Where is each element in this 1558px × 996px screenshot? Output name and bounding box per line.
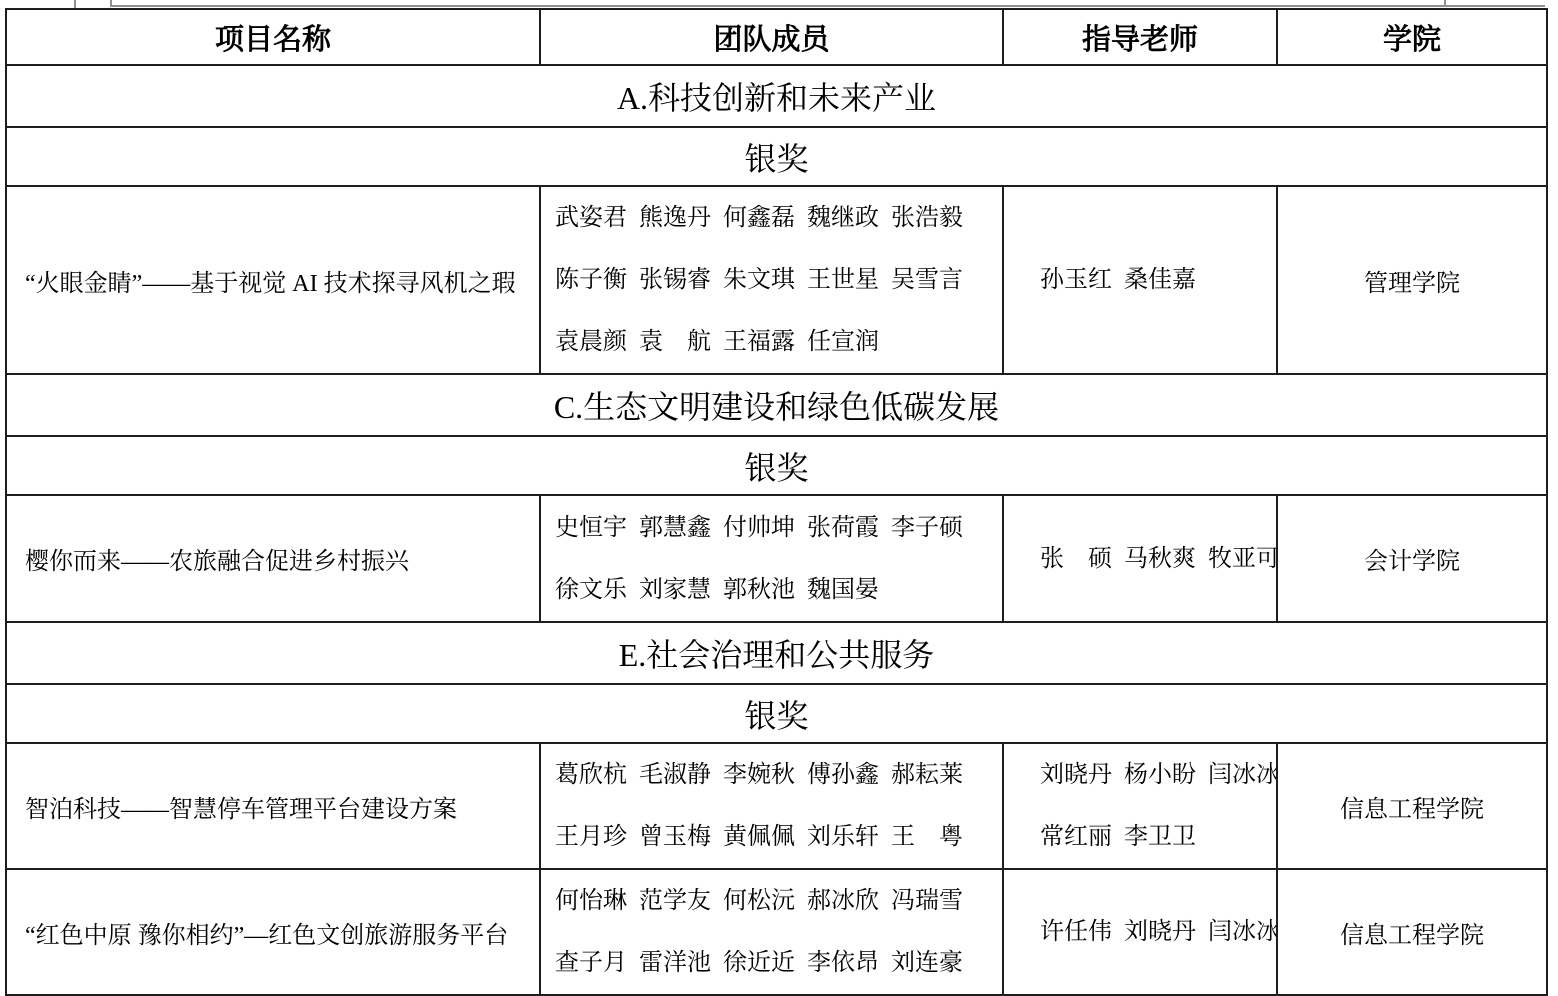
award-cell: 银奖 — [6, 436, 1547, 495]
section-row-e: E.社会治理和公共服务 — [6, 622, 1547, 684]
team-members-line: 武姿君 熊逸丹 何鑫磊 魏继政 张浩毅 — [541, 187, 1002, 249]
team-members-line: 葛欣杭 毛淑静 李婉秋 傅孙鑫 郝耘莱 — [541, 744, 1002, 806]
header-label: 团队成员 — [713, 24, 829, 56]
team-members-line: 袁晨颜 袁 航 王福露 任宣润 — [541, 311, 1002, 373]
header-label: 指导老师 — [1082, 24, 1198, 56]
section-row-a: A.科技创新和未来产业 — [6, 65, 1547, 127]
college-cell: 会计学院 — [1277, 495, 1547, 622]
project-name: “火眼金睛”——基于视觉 AI 技术探寻风机之瑕 — [7, 263, 539, 298]
project-row: 智泊科技——智慧停车管理平台建设方案 葛欣杭 毛淑静 李婉秋 傅孙鑫 郝耘莱 王… — [6, 743, 1547, 869]
project-name-cell: “火眼金睛”——基于视觉 AI 技术探寻风机之瑕 — [6, 186, 540, 374]
team-members-cell: 何怡琳 范学友 何松沅 郝冰欣 冯瑞雪 查子月 雷洋池 徐近近 李依昂 刘连豪 — [540, 869, 1003, 995]
awards-table: 项目名称 团队成员 指导老师 学院 A.科技创新和未来产业 银奖 “火眼金睛”—… — [5, 8, 1548, 996]
advisors-line: 张 硕 马秋爽 牧亚可 — [1004, 528, 1276, 590]
project-row: 樱你而来——农旅融合促进乡村振兴 史恒宇 郭慧鑫 付帅坤 张荷霞 李子硕 徐文乐… — [6, 495, 1547, 622]
team-members-line: 徐文乐 刘家慧 郭秋池 魏国晏 — [541, 559, 1002, 621]
section-category-cell: A.科技创新和未来产业 — [6, 65, 1547, 127]
team-members-line: 史恒宇 郭慧鑫 付帅坤 张荷霞 李子硕 — [541, 497, 1002, 559]
award-row-c: 银奖 — [6, 436, 1547, 495]
team-members-cell: 史恒宇 郭慧鑫 付帅坤 张荷霞 李子硕 徐文乐 刘家慧 郭秋池 魏国晏 — [540, 495, 1003, 622]
award-row-e: 银奖 — [6, 684, 1547, 743]
section-category-cell: E.社会治理和公共服务 — [6, 622, 1547, 684]
document-page: 项目名称 团队成员 指导老师 学院 A.科技创新和未来产业 银奖 “火眼金睛”—… — [0, 0, 1558, 996]
cropped-column-border-stub — [1444, 0, 1446, 6]
cropped-row-above-border — [112, 5, 1545, 7]
advisors-line: 孙玉红 桑佳嘉 — [1004, 249, 1276, 311]
header-project-name: 项目名称 — [6, 9, 540, 65]
award-cell: 银奖 — [6, 684, 1547, 743]
college-cell: 信息工程学院 — [1277, 869, 1547, 995]
team-members-line: 查子月 雷洋池 徐近近 李依昂 刘连豪 — [541, 932, 1002, 994]
award-row-a: 银奖 — [6, 127, 1547, 186]
advisors-line: 刘晓丹 杨小盼 闫冰冰 — [1004, 744, 1276, 806]
college-cell: 信息工程学院 — [1277, 743, 1547, 869]
project-name-cell: 智泊科技——智慧停车管理平台建设方案 — [6, 743, 540, 869]
header-label: 学院 — [1383, 24, 1441, 56]
advisors-cell: 刘晓丹 杨小盼 闫冰冰 常红丽 李卫卫 — [1003, 743, 1277, 869]
project-name-cell: “红色中原 豫你相约”—红色文创旅游服务平台 — [6, 869, 540, 995]
header-college: 学院 — [1277, 9, 1547, 65]
advisors-cell: 孙玉红 桑佳嘉 — [1003, 186, 1277, 374]
section-row-c: C.生态文明建设和绿色低碳发展 — [6, 374, 1547, 436]
project-name: 樱你而来——农旅融合促进乡村振兴 — [7, 541, 539, 576]
team-members-line: 王月珍 曾玉梅 黄佩佩 刘乐轩 王 粤 — [541, 806, 1002, 868]
team-members-cell: 葛欣杭 毛淑静 李婉秋 傅孙鑫 郝耘莱 王月珍 曾玉梅 黄佩佩 刘乐轩 王 粤 — [540, 743, 1003, 869]
advisors-line: 许任伟 刘晓丹 闫冰冰 — [1004, 901, 1276, 963]
college-cell: 管理学院 — [1277, 186, 1547, 374]
project-row: “红色中原 豫你相约”—红色文创旅游服务平台 何怡琳 范学友 何松沅 郝冰欣 冯… — [6, 869, 1547, 995]
cropped-column-border-stub — [110, 0, 112, 7]
section-category-cell: C.生态文明建设和绿色低碳发展 — [6, 374, 1547, 436]
table-header-row: 项目名称 团队成员 指导老师 学院 — [6, 9, 1547, 65]
award-cell: 银奖 — [6, 127, 1547, 186]
team-members-line: 何怡琳 范学友 何松沅 郝冰欣 冯瑞雪 — [541, 870, 1002, 932]
header-advisors: 指导老师 — [1003, 9, 1277, 65]
header-label: 项目名称 — [215, 24, 331, 56]
advisors-line: 常红丽 李卫卫 — [1004, 806, 1276, 868]
project-row: “火眼金睛”——基于视觉 AI 技术探寻风机之瑕 武姿君 熊逸丹 何鑫磊 魏继政… — [6, 186, 1547, 374]
team-members-cell: 武姿君 熊逸丹 何鑫磊 魏继政 张浩毅 陈子衡 张锡睿 朱文琪 王世星 吴雪言 … — [540, 186, 1003, 374]
project-name: 智泊科技——智慧停车管理平台建设方案 — [7, 789, 539, 824]
header-team-members: 团队成员 — [540, 9, 1003, 65]
team-members-line: 陈子衡 张锡睿 朱文琪 王世星 吴雪言 — [541, 249, 1002, 311]
advisors-cell: 许任伟 刘晓丹 闫冰冰 — [1003, 869, 1277, 995]
project-name: “红色中原 豫你相约”—红色文创旅游服务平台 — [7, 915, 539, 950]
project-name-cell: 樱你而来——农旅融合促进乡村振兴 — [6, 495, 540, 622]
advisors-cell: 张 硕 马秋爽 牧亚可 — [1003, 495, 1277, 622]
